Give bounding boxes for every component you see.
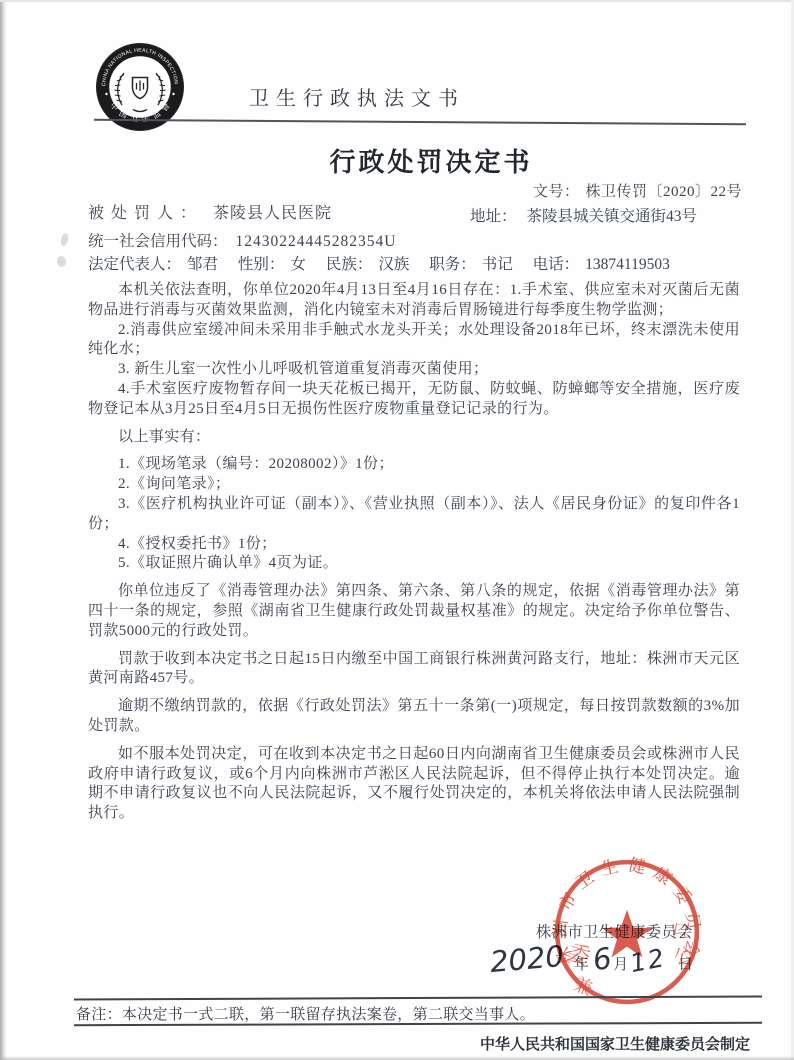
body-paragraph: 2.消毒供应室缓冲间未采用非手触式水龙头开关；水处理设备2018年已坏，终末漂洗…	[88, 321, 740, 361]
evidence-item: 5.《取证照片确认单》4页为证。	[88, 554, 740, 574]
punished-party-name: 茶陵县人民医院	[213, 205, 332, 222]
body-paragraph: 逾期不缴纳罚款的，依据《行政处罚法》第五十一条第(一)项规定，每日按罚款数额的3…	[88, 697, 740, 737]
gender-value: 女	[290, 256, 306, 273]
footer-note: 备注：本决定书一式二联，第一联留存执法案卷，第二联交当事人。	[76, 1003, 535, 1024]
evidence-item: 2.《询问笔录》；	[88, 475, 740, 495]
legal-rep-value: 邹君	[187, 256, 218, 273]
scan-edge-shadow-bottom	[0, 1056, 794, 1060]
address-label: 地址：	[470, 208, 517, 225]
ethnicity-value: 汉族	[378, 256, 409, 273]
scan-mark	[56, 255, 66, 267]
doc-number: 文号：株卫传罚〔2020〕22号	[533, 180, 742, 201]
punished-party-label: 被处罚人：	[88, 205, 203, 222]
letterhead-title: 卫生行政执法文书	[0, 82, 754, 111]
document-title: 行政处罚决定书	[34, 142, 794, 179]
body-paragraph: 你单位违反了《消毒管理办法》第四条、第六条、第八条的规定，依据《消毒管理办法》第…	[88, 582, 740, 641]
legal-rep-row: 法定代表人：邹君 性别：女 民族：汉族 职务：书记 电话：13874119503	[88, 252, 686, 274]
body-paragraph: 罚款于收到本决定书之日起15日内缴至中国工商银行株洲黄河路支行，地址：株洲市天元…	[88, 650, 740, 690]
credit-code-label: 统一社会信用代码：	[88, 233, 228, 250]
doc-number-value: 株卫传罚〔2020〕22号	[585, 184, 742, 200]
doc-number-label: 文号：	[533, 184, 580, 200]
footer-issuer: 中华人民共和国国家卫生健康委员会制定	[480, 1033, 750, 1054]
body-paragraph: 以上事实有：	[88, 428, 740, 448]
position-value: 书记	[482, 256, 513, 273]
credit-code-value: 12430224445282354U	[236, 233, 397, 250]
ethnicity-label: 民族：	[326, 256, 373, 273]
svg-text:口: 口	[671, 920, 690, 941]
legal-rep-label: 法定代表人：	[88, 256, 181, 273]
scan-mark	[60, 232, 70, 246]
credit-code-row: 统一社会信用代码：12430224445282354U	[88, 229, 396, 251]
phone-label: 电话：	[533, 256, 580, 273]
gender-label: 性别：	[238, 256, 285, 273]
position-label: 职务：	[429, 256, 476, 273]
scan-edge-shadow-top	[0, 0, 794, 2]
evidence-item: 4.《授权委托书》1份；	[88, 535, 740, 555]
address-value: 茶陵县城关镇交通街43号	[527, 208, 698, 225]
address-row: 地址：茶陵县城关镇交通街43号	[470, 204, 697, 226]
body-paragraph: 本机关依法查明，你单位2020年4月13日至4月16日存在：1.手术室、供应室未…	[88, 281, 740, 321]
body-paragraph: 4.手术室医疗废物暂存间一块天花板已揭开，无防鼠、防蚊蝇、防蟑螂等安全措施，医疗…	[88, 380, 740, 420]
official-seal: 株洲市卫生健康委员会 委 兼 口 公	[546, 851, 708, 1013]
seal-star-icon	[602, 910, 652, 958]
evidence-item: 1.《现场笔录（编号：20208002）》1份；	[88, 455, 740, 475]
body-paragraph: 如不服本处罚决定，可在收到本决定书之日起60日内向湖南省卫生健康委员会或株洲市人…	[88, 745, 740, 824]
header-divider	[94, 119, 746, 126]
body-paragraph: 3. 新生儿室一次性小儿呼吸机管道重复消毒灭菌使用；	[88, 360, 740, 380]
evidence-item: 3.《医疗机构执业许可证（副本）》、《营业执照（副本）》、法人《居民身份证》的复…	[88, 495, 740, 535]
punished-party-row: 被处罚人：茶陵县人民医院	[88, 200, 332, 223]
phone-value: 13874119503	[585, 256, 670, 273]
decision-body: 本机关依法查明，你单位2020年4月13日至4月16日存在：1.手术室、供应室未…	[88, 281, 740, 824]
penalty-decision-document: CHINA NATIONAL HEALTH INSPECTION 中国卫生监督 …	[0, 0, 794, 1060]
scan-edge-shadow-left	[0, 0, 7, 1060]
